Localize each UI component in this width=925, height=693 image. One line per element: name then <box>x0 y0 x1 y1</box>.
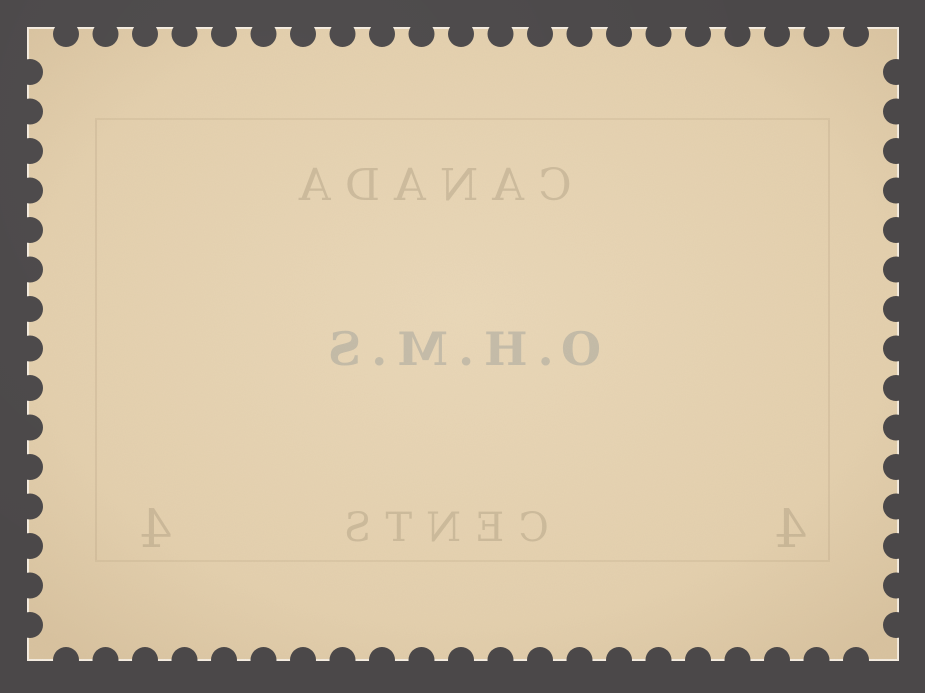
stamp-paper <box>0 0 925 693</box>
frame-show-through-right <box>828 120 830 560</box>
frame-show-through-bottom <box>95 560 830 562</box>
frame-show-through-left <box>95 120 97 560</box>
frame-show-through-top <box>95 118 830 120</box>
